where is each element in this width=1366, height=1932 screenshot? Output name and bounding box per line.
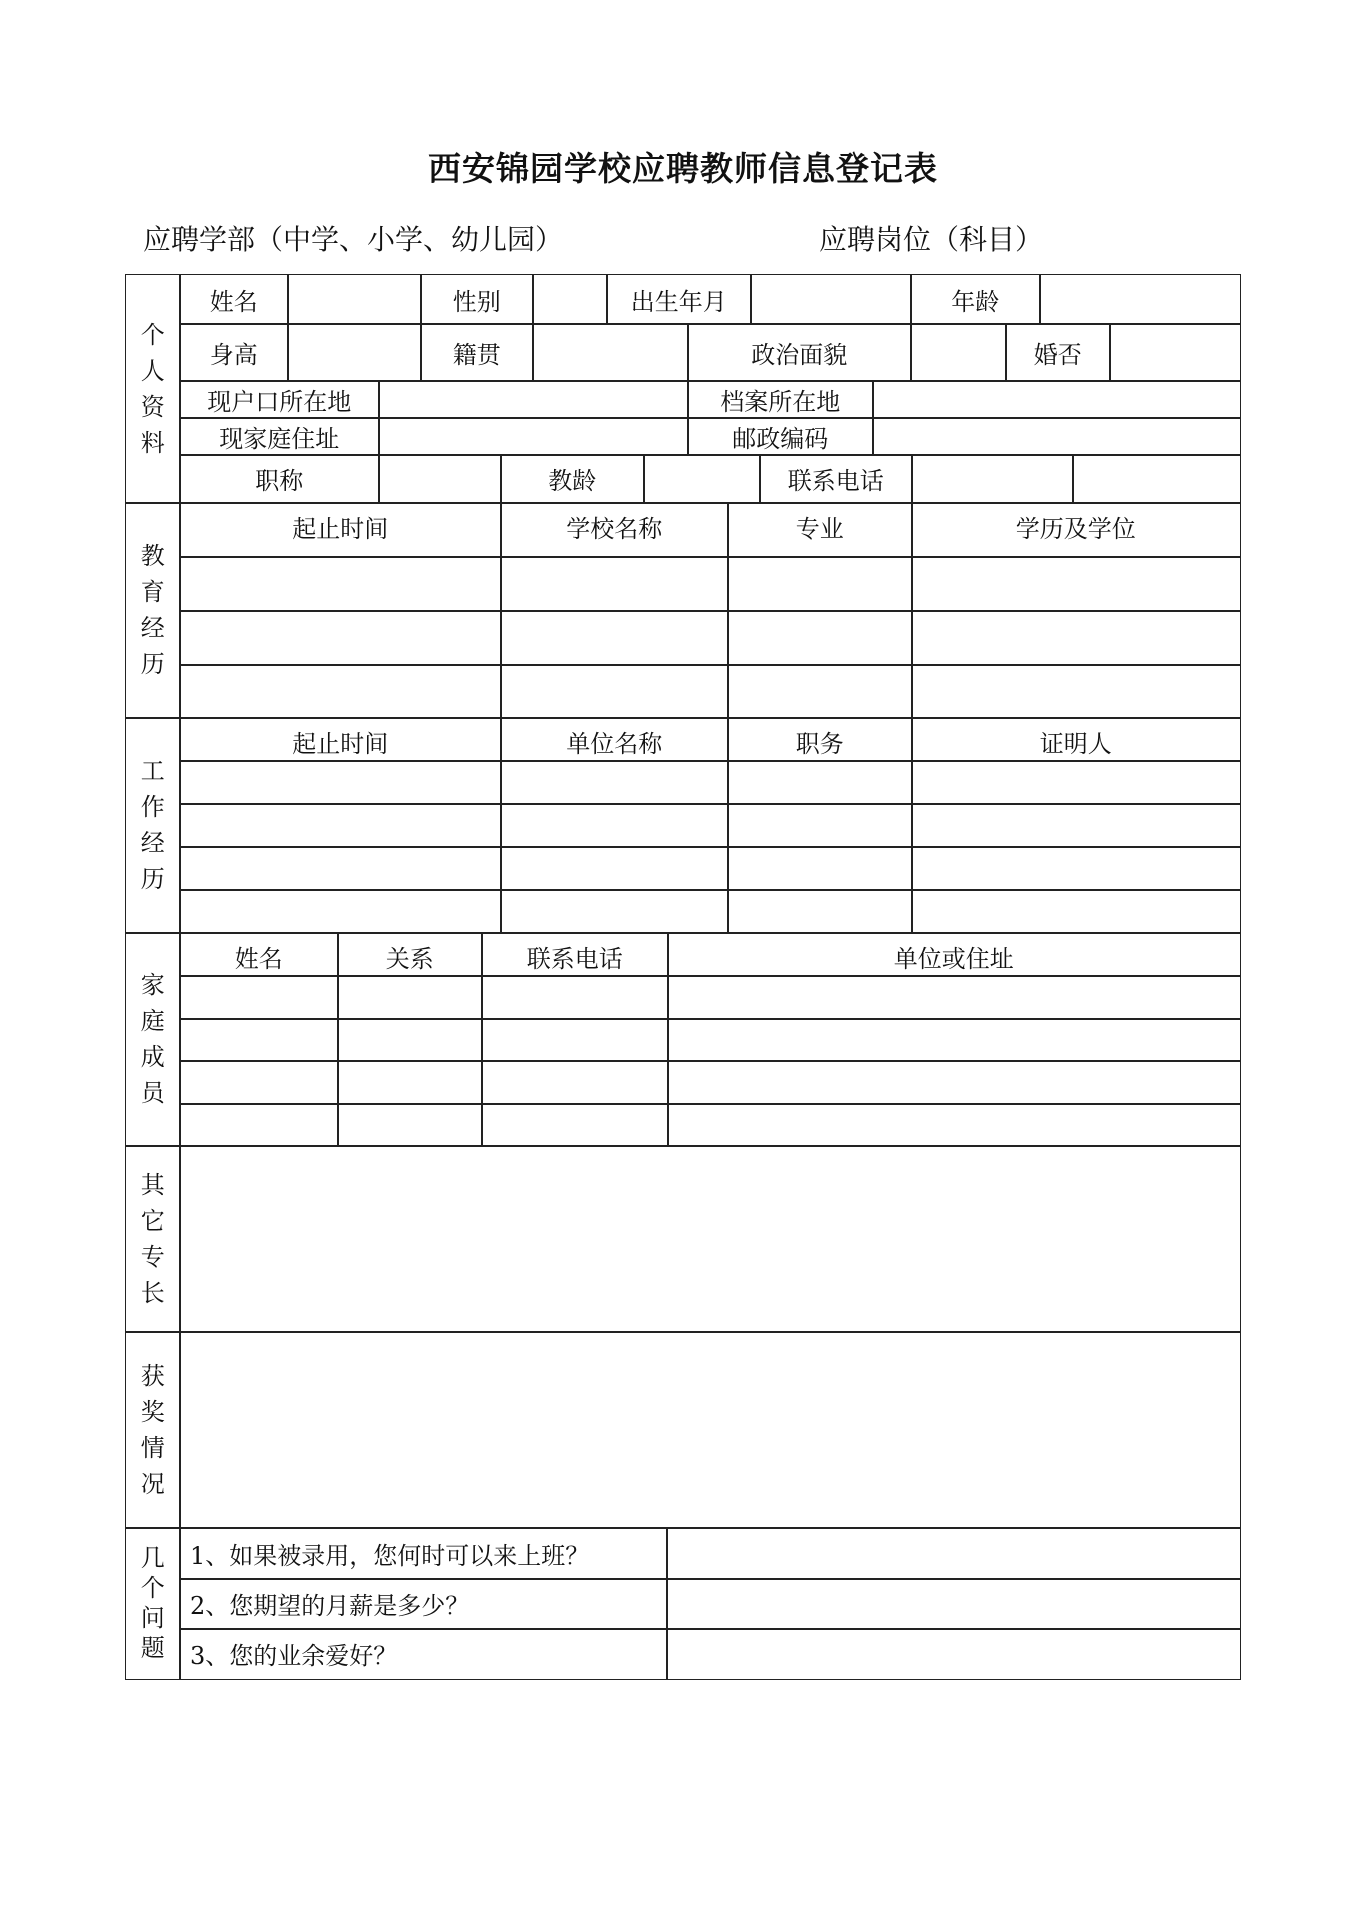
section-label-char: 工 (141, 753, 165, 789)
postcode-field[interactable] (872, 417, 1241, 456)
label-political-status: 政治面貌 (687, 323, 912, 382)
label-hukou: 现户口所在地 (179, 380, 380, 419)
education-cell[interactable] (727, 610, 913, 666)
family-header: 关系 (337, 932, 483, 977)
family-cell[interactable] (481, 1060, 669, 1105)
section-label-char: 问 (141, 1603, 165, 1633)
section-label-char: 历 (141, 861, 165, 897)
section-label-char: 经 (141, 825, 165, 861)
section-label-char: 况 (141, 1466, 165, 1502)
phone-field[interactable] (911, 454, 1074, 504)
section-label-char: 员 (141, 1075, 165, 1111)
work-cell[interactable] (911, 803, 1241, 848)
section-label-char: 作 (141, 789, 165, 825)
work-cell[interactable] (911, 846, 1241, 891)
label-archive: 档案所在地 (687, 380, 874, 419)
work-cell[interactable] (500, 803, 729, 848)
section-label-char: 它 (141, 1203, 165, 1239)
work-cell[interactable] (179, 760, 502, 805)
question-label: 1、如果被录用，您何时可以来上班？ (179, 1527, 668, 1580)
section-label-char: 获 (141, 1358, 165, 1394)
family-cell[interactable] (179, 975, 339, 1020)
education-cell[interactable] (500, 556, 729, 612)
family-cell[interactable] (667, 975, 1241, 1020)
education-cell[interactable] (179, 664, 502, 719)
work-cell[interactable] (500, 760, 729, 805)
family-cell[interactable] (337, 1060, 483, 1105)
work-cell[interactable] (727, 803, 913, 848)
work-header: 证明人 (911, 717, 1241, 762)
education-cell[interactable] (727, 556, 913, 612)
section-label-char: 教 (141, 538, 165, 574)
section-label-char: 历 (141, 646, 165, 682)
education-cell[interactable] (727, 664, 913, 719)
gender-field[interactable] (532, 274, 608, 325)
section-label-char: 个 (141, 1573, 165, 1603)
label-title-rank: 职称 (179, 454, 380, 504)
work-cell[interactable] (500, 846, 729, 891)
family-header: 单位或住址 (667, 932, 1241, 977)
birth-field[interactable] (750, 274, 912, 325)
education-header: 学校名称 (500, 502, 729, 558)
family-cell[interactable] (337, 1018, 483, 1062)
section-label-char: 料 (141, 425, 165, 461)
work-header: 单位名称 (500, 717, 729, 762)
label-teaching-years: 教龄 (500, 454, 645, 504)
marital-field[interactable] (1109, 323, 1241, 382)
family-header: 联系电话 (481, 932, 669, 977)
label-phone: 联系电话 (759, 454, 913, 504)
section-label-char: 个 (141, 317, 165, 353)
family-cell[interactable] (481, 975, 669, 1020)
work-header: 起止时间 (179, 717, 502, 762)
native-place-field[interactable] (532, 323, 689, 382)
family-cell[interactable] (179, 1103, 339, 1147)
work-cell[interactable] (727, 889, 913, 934)
political-status-field[interactable] (910, 323, 1007, 382)
education-cell[interactable] (911, 556, 1241, 612)
form-title: 西安锦园学校应聘教师信息登记表 (0, 143, 1366, 190)
question-answer-field[interactable] (666, 1578, 1241, 1630)
section-label-char: 其 (141, 1167, 165, 1203)
question-answer-field[interactable] (666, 1628, 1241, 1680)
family-cell[interactable] (179, 1018, 339, 1062)
family-cell[interactable] (481, 1103, 669, 1147)
work-cell[interactable] (727, 760, 913, 805)
section-label-char: 几 (141, 1543, 165, 1573)
education-cell[interactable] (500, 610, 729, 666)
family-cell[interactable] (481, 1018, 669, 1062)
education-header: 起止时间 (179, 502, 502, 558)
section-label-questions: 几个问题 (125, 1527, 181, 1680)
department-label: 应聘学部（中学、小学、幼儿园） (143, 218, 563, 258)
family-cell[interactable] (337, 1103, 483, 1147)
label-home-address: 现家庭住址 (179, 417, 380, 456)
label-birth: 出生年月 (606, 274, 752, 325)
section-label-char: 成 (141, 1039, 165, 1075)
section-label-personal: 个人资料 (125, 274, 181, 504)
work-cell[interactable] (911, 760, 1241, 805)
family-header: 姓名 (179, 932, 339, 977)
work-cell[interactable] (179, 889, 502, 934)
education-cell[interactable] (179, 556, 502, 612)
label-native-place: 籍贯 (420, 323, 534, 382)
section-label-char: 家 (141, 967, 165, 1003)
section-label-char: 资 (141, 389, 165, 425)
position-label: 应聘岗位（科目） (819, 218, 1043, 258)
label-name: 姓名 (179, 274, 289, 325)
label-gender: 性别 (420, 274, 534, 325)
name-field[interactable] (287, 274, 422, 325)
phone-extra-field[interactable] (1072, 454, 1241, 504)
work-cell[interactable] (179, 803, 502, 848)
section-label-char: 奖 (141, 1394, 165, 1430)
section-label-char: 育 (141, 574, 165, 610)
section-label-awards: 获奖情况 (125, 1331, 181, 1529)
work-cell[interactable] (500, 889, 729, 934)
family-cell[interactable] (667, 1018, 1241, 1062)
question-label: 2、您期望的月薪是多少？ (179, 1578, 668, 1630)
home-address-field[interactable] (378, 417, 689, 456)
education-cell[interactable] (911, 664, 1241, 719)
section-label-work: 工作经历 (125, 717, 181, 934)
section-label-char: 长 (141, 1275, 165, 1311)
section-label-char: 庭 (141, 1003, 165, 1039)
section-label-char: 经 (141, 610, 165, 646)
age-field[interactable] (1039, 274, 1241, 325)
work-cell[interactable] (911, 889, 1241, 934)
work-cell[interactable] (179, 846, 502, 891)
label-postcode: 邮政编码 (687, 417, 874, 456)
label-height: 身高 (179, 323, 289, 382)
family-cell[interactable] (337, 975, 483, 1020)
section-label-char: 题 (141, 1633, 165, 1663)
family-cell[interactable] (667, 1060, 1241, 1105)
work-header: 职务 (727, 717, 913, 762)
section-label-char: 情 (141, 1430, 165, 1466)
archive-field[interactable] (872, 380, 1241, 419)
education-cell[interactable] (500, 664, 729, 719)
section-label-specialties: 其它专长 (125, 1145, 181, 1333)
label-age: 年龄 (910, 274, 1041, 325)
section-label-family: 家庭成员 (125, 932, 181, 1147)
hukou-field[interactable] (378, 380, 689, 419)
section-label-education: 教育经历 (125, 502, 181, 719)
question-label: 3、您的业余爱好？ (179, 1628, 668, 1680)
label-marital: 婚否 (1005, 323, 1111, 382)
height-field[interactable] (287, 323, 422, 382)
family-cell[interactable] (179, 1060, 339, 1105)
title-rank-field[interactable] (378, 454, 502, 504)
education-header: 学历及学位 (911, 502, 1241, 558)
awards-field[interactable] (179, 1331, 1241, 1529)
work-cell[interactable] (727, 846, 913, 891)
education-cell[interactable] (911, 610, 1241, 666)
specialties-field[interactable] (179, 1145, 1241, 1333)
family-cell[interactable] (667, 1103, 1241, 1147)
section-label-char: 专 (141, 1239, 165, 1275)
section-label-char: 人 (141, 353, 165, 389)
education-header: 专业 (727, 502, 913, 558)
teaching-years-field[interactable] (643, 454, 761, 504)
question-answer-field[interactable] (666, 1527, 1241, 1580)
education-cell[interactable] (179, 610, 502, 666)
